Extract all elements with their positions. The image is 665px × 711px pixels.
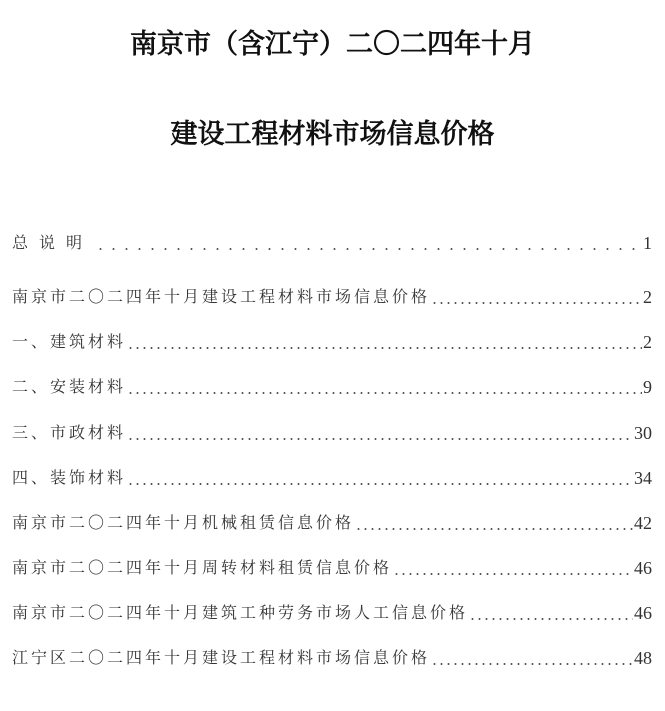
toc-entry-label: 一、建筑材料: [12, 331, 126, 353]
toc-entry-labor-prices[interactable]: 南京市二〇二四年十月建筑工种劳务市场人工信息价格 46: [12, 600, 652, 624]
toc-entry-turnover-materials-rental[interactable]: 南京市二〇二四年十月周转材料租赁信息价格 46: [12, 555, 652, 579]
toc-entry-jiangning-materials[interactable]: 江宁区二〇二四年十月建设工程材料市场信息价格 48: [12, 645, 652, 669]
toc-entry-label: 南京市二〇二四年十月建筑工种劳务市场人工信息价格: [12, 602, 468, 624]
toc-entry-page: 30: [634, 422, 652, 444]
toc-entry-page: 46: [634, 557, 652, 579]
toc-entry-label: 总说明: [12, 232, 93, 254]
document-title-line-1: 南京市（含江宁）二〇二四年十月: [0, 28, 665, 62]
toc-entry-building-materials[interactable]: 一、建筑材料 2: [12, 329, 652, 353]
toc-entry-label: 南京市二〇二四年十月建设工程材料市场信息价格: [12, 286, 430, 308]
toc-entry-nanjing-materials[interactable]: 南京市二〇二四年十月建设工程材料市场信息价格 2: [12, 284, 652, 308]
toc-entry-label: 四、装饰材料: [12, 467, 126, 489]
toc-entry-page: 46: [634, 602, 652, 624]
toc-entry-machinery-rental[interactable]: 南京市二〇二四年十月机械租赁信息价格 42: [12, 510, 652, 534]
toc-entry-decoration-materials[interactable]: 四、装饰材料 34: [12, 465, 652, 489]
toc-entry-page: 2: [643, 331, 652, 353]
toc-dot-leader: [94, 232, 642, 254]
toc-entry-page: 1: [643, 232, 652, 254]
toc-dot-leader: [127, 376, 642, 398]
toc-entry-label: 南京市二〇二四年十月机械租赁信息价格: [12, 512, 354, 534]
toc-entry-page: 48: [634, 647, 652, 669]
toc-dot-leader: [469, 602, 633, 624]
toc-entry-page: 34: [634, 467, 652, 489]
toc-dot-leader: [127, 331, 642, 353]
toc-entry-label: 江宁区二〇二四年十月建设工程材料市场信息价格: [12, 647, 430, 669]
toc-dot-leader: [355, 512, 633, 534]
toc-entry-label: 三、市政材料: [12, 422, 126, 444]
toc-entry-label: 南京市二〇二四年十月周转材料租赁信息价格: [12, 557, 392, 579]
toc-entry-page: 42: [634, 512, 652, 534]
toc-entry-general-notes[interactable]: 总说明 1: [12, 230, 652, 254]
toc-entry-label: 二、安装材料: [12, 376, 126, 398]
toc-entry-page: 2: [643, 286, 652, 308]
toc-dot-leader: [431, 647, 633, 669]
toc-dot-leader: [431, 286, 642, 308]
document-title-line-2: 建设工程材料市场信息价格: [0, 118, 665, 152]
toc-entry-installation-materials[interactable]: 二、安装材料 9: [12, 374, 652, 398]
toc-dot-leader: [393, 557, 633, 579]
toc-entry-page: 9: [643, 376, 652, 398]
toc-entry-municipal-materials[interactable]: 三、市政材料 30: [12, 420, 652, 444]
toc-dot-leader: [127, 422, 633, 444]
toc-dot-leader: [127, 467, 633, 489]
